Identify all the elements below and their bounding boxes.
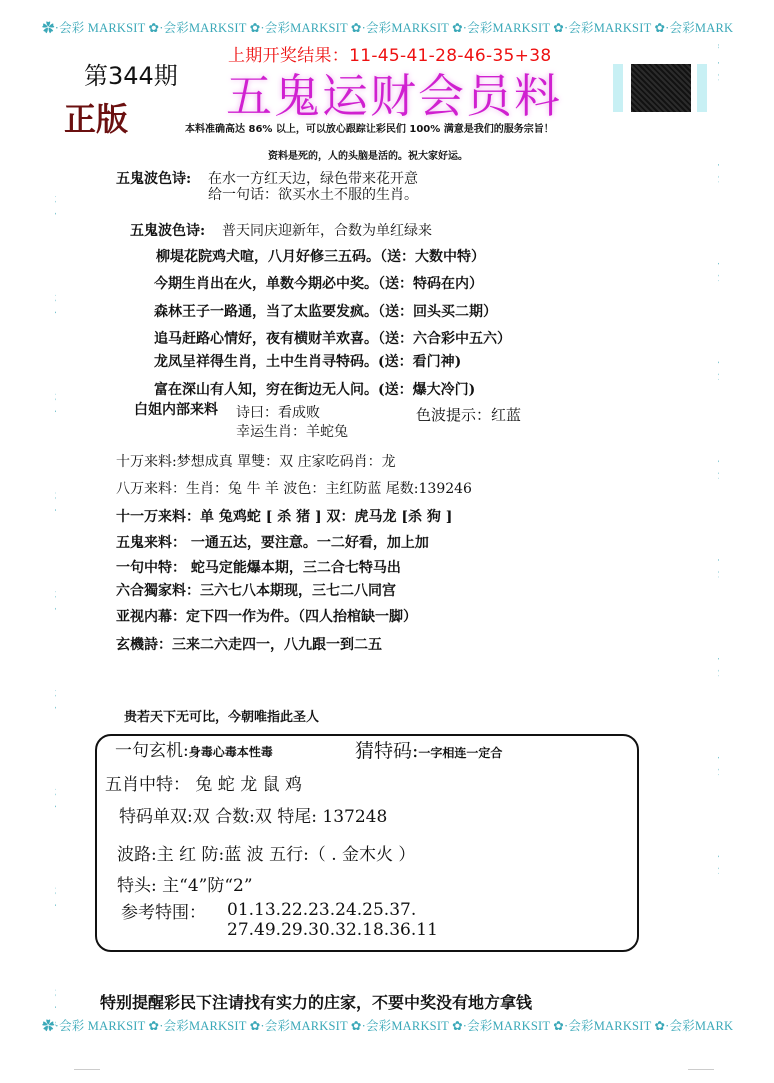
insider-poem: 诗曰：看成败 xyxy=(236,402,320,422)
source-item: 亚视内幕：定下四一作为件。（四人抬棺缺一脚） xyxy=(116,606,417,626)
lottery-document-page: ✿·会彩 MARKSIT ✿·会彩MARKSIT ✿·会彩MARKSIT ✿·会… xyxy=(0,0,774,1083)
ref-numbers-line1: 01.13.22.23.24.25.37. xyxy=(227,900,416,920)
source-item: 八万来料：生肖：兔 牛 羊 波色：主红防蓝 尾数:139246 xyxy=(116,478,472,498)
guess-label: 猜特码: xyxy=(355,740,418,762)
corner-mark-right xyxy=(688,1055,714,1070)
poem2-line: 富在深山有人知，穷在街边无人问。(送：爆大冷门) xyxy=(154,379,475,399)
wave-row: 波路:主 红 防:蓝 波 五行:（ . 金木火 ） xyxy=(117,840,415,865)
poem2-line: 龙凤呈祥得生肖，土中生肖寻特码。(送：看门神) xyxy=(154,351,461,371)
insider-label: 白姐内部来料 xyxy=(134,399,218,419)
source-item: 六合獨家料：三六七八本期现，三七二八同宫 xyxy=(116,580,396,600)
watermark-border-top: ✿·会彩 MARKSIT ✿·会彩MARKSIT ✿·会彩MARKSIT ✿·会… xyxy=(42,20,734,36)
watermark-border-left: ✿·会彩 MARKSIT ✿·会彩MARKSIT ✿·会彩MARKSIT ✿·会… xyxy=(40,40,56,1030)
lucky-zodiac: 幸运生肖：羊蛇兔 xyxy=(236,421,348,441)
poem2-line: 森林王子一路通，当了太监要发疯。（送：回头买二期） xyxy=(154,301,497,321)
issue-number: 第344期 xyxy=(84,56,178,91)
qr-side-label-left xyxy=(613,64,623,112)
watermark-border-right: ✿·会彩 MARKSIT ✿·会彩MARKSIT ✿·会彩MARKSIT ✿·会… xyxy=(718,40,734,1030)
riddle-label: 一句玄机: xyxy=(115,741,189,761)
prediction-box: 一句玄机:身毒心毒本性毒 猜特码:一字相连一定合 五肖中特： 兔 蛇 龙 鼠 鸡… xyxy=(95,734,639,952)
edition-label: 正版 xyxy=(64,94,128,140)
poem1-line2: 给一句话：欲买水土不服的生肖。 xyxy=(208,184,418,204)
good-luck-tagline: 资料是死的，人的头脑是活的。祝大家好运。 xyxy=(268,147,468,162)
five-zodiac: 五肖中特： 兔 蛇 龙 鼠 鸡 xyxy=(105,770,302,795)
poem2-line: 今期生肖出在火，单数今期必中奖。（送：特码在内） xyxy=(154,273,483,293)
qr-code-block xyxy=(609,62,721,116)
odd-even-row: 特码单双:双 合数:双 特尾: 137248 xyxy=(119,802,387,827)
special-head-row: 特头: 主“4”防“2” xyxy=(117,871,253,896)
motto: 贵若天下无可比，今朝唯指此圣人 xyxy=(124,706,319,725)
corner-mark-left xyxy=(74,1055,100,1070)
poem2-label: 五鬼波色诗: xyxy=(130,220,205,240)
accuracy-tagline: 本料准确高达 86% 以上，可以放心跟踪让彩民们 100% 满意是我们的服务宗旨… xyxy=(185,120,554,135)
watermark-border-bottom: ✿·会彩 MARKSIT ✿·会彩MARKSIT ✿·会彩MARKSIT ✿·会… xyxy=(42,1018,734,1034)
footer-warning: 特别提醒彩民下注请找有实力的庄家，不要中奖没有地方拿钱 xyxy=(100,990,532,1013)
guess-row: 猜特码:一字相连一定合 xyxy=(355,736,502,763)
source-item: 五鬼来料： 一通五达，要注意。一二好看，加上加 xyxy=(116,532,429,552)
poem1-label: 五鬼波色诗: xyxy=(116,168,191,188)
guess-value: 一字相连一定合 xyxy=(418,746,502,760)
color-hint: 色波提示：红蓝 xyxy=(416,404,521,425)
riddle-value: 身毒心毒本性毒 xyxy=(189,745,273,759)
qr-side-label-right xyxy=(697,64,707,112)
source-item: 一句中特： 蛇马定能爆本期，三二合七特马出 xyxy=(116,557,401,577)
poem2-line: 柳堤花院鸡犬喧，八月好修三五码。（送：大数中特） xyxy=(156,246,485,266)
page-title: 五鬼运财会员料 xyxy=(226,60,562,126)
ref-numbers-line2: 27.49.29.30.32.18.36.11 xyxy=(227,920,438,940)
qr-code-icon xyxy=(631,64,691,112)
source-item: 十万来料:梦想成真 單雙：双 庄家吃码肖：龙 xyxy=(116,451,396,471)
ref-label: 参考特围： xyxy=(121,898,206,923)
source-item: 十一万来料：单 兔鸡蛇 [ 杀 猪 ] 双：虎马龙 [杀 狗 ] xyxy=(116,506,452,526)
poem2-line1: 普天同庆迎新年，合数为单红绿来 xyxy=(222,220,432,240)
poem2-line: 追马赶路心情好，夜有横财羊欢喜。（送：六合彩中五六） xyxy=(154,328,511,348)
source-item: 玄機詩：三来二六走四一，八九跟一到二五 xyxy=(116,634,382,654)
riddle-row: 一句玄机:身毒心毒本性毒 xyxy=(115,736,273,761)
